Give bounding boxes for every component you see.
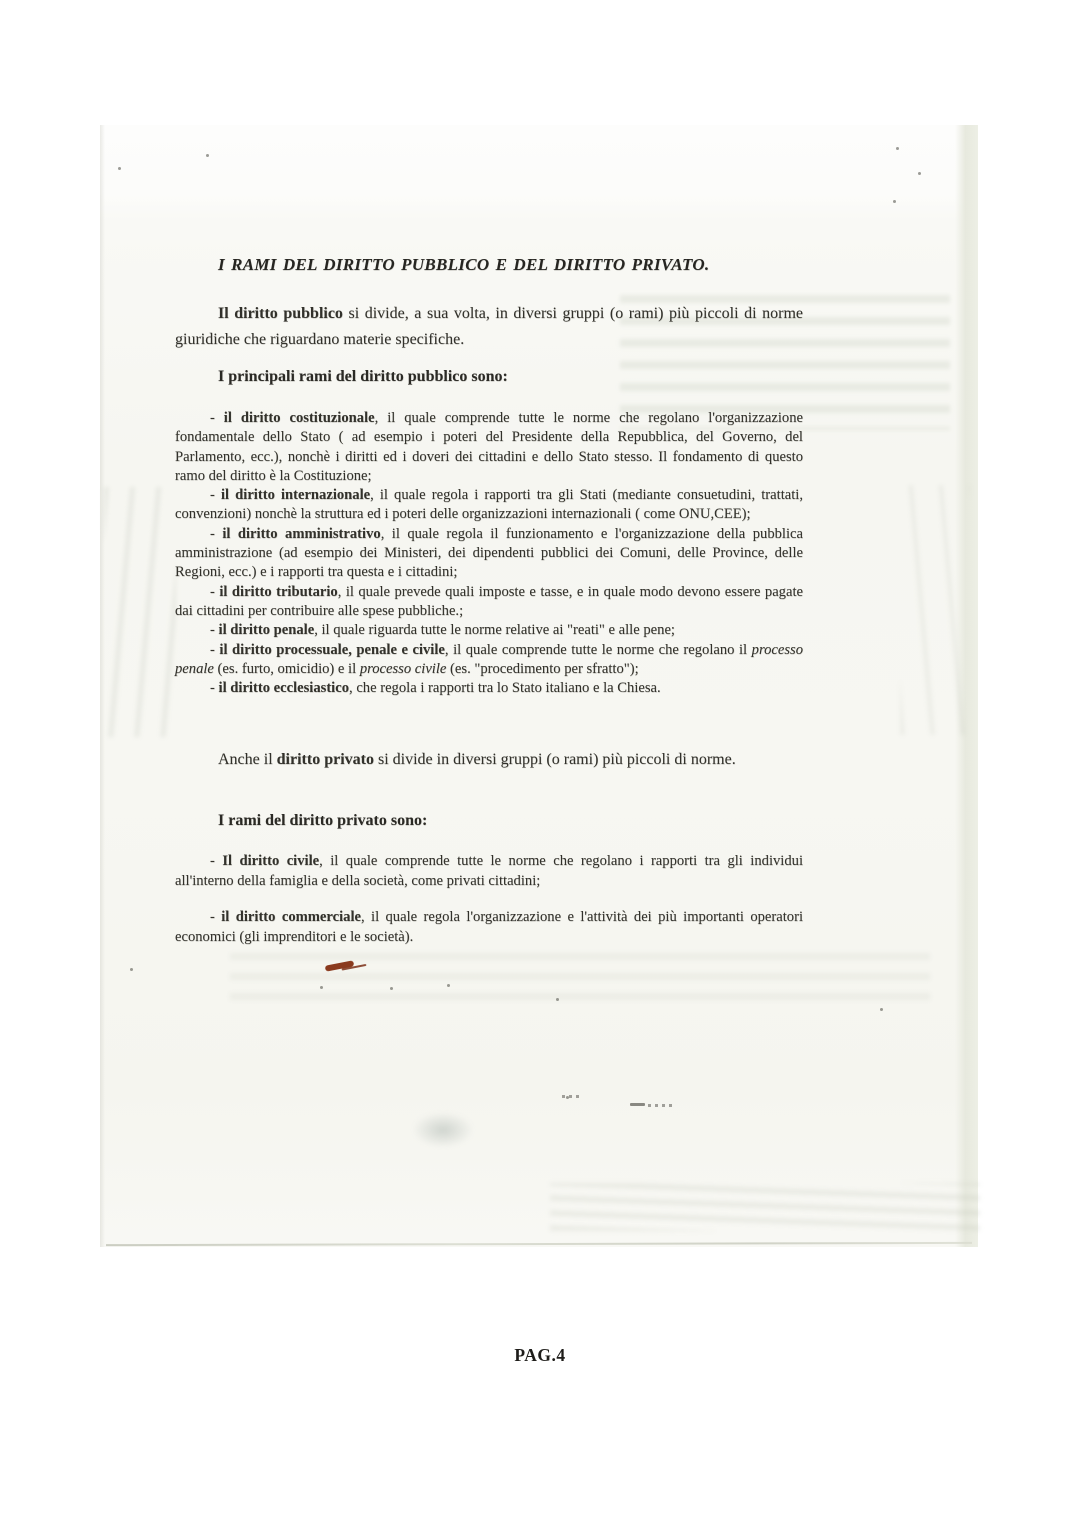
branch-ecclesiastico-run: , che regola i rapporti tra lo Stato ita… [349,680,661,696]
doc-intro_private-run: Anche il [218,751,277,768]
page-number: PAG.4 [0,1345,1080,1366]
branch-amministrativo-run: - [210,526,222,542]
branch-penale-run: il diritto penale [219,622,315,638]
branch-tributario: - il diritto tributario, il quale preved… [175,583,803,622]
scan-speck [880,1008,883,1011]
branch-costituzionale-run: - [210,410,224,426]
doc-title: I RAMI DEL DIRITTO PUBBLICO E DEL DIRITT… [175,255,803,275]
doc-intro_private-run: diritto privato [277,751,374,768]
branch-internazionale-run: il diritto internazionale [221,487,370,503]
branch-amministrativo-run: il diritto amministrativo [222,526,380,542]
margin-pencil-smudge [104,487,176,737]
branch-amministrativo: - il diritto amministrativo, il quale re… [175,525,803,583]
scan-right-edge-shading [955,125,978,1247]
branch-ecclesiastico: - il diritto ecclesiastico, che regola i… [175,679,803,698]
branch-internazionale: - il diritto internazionale, il quale re… [175,486,803,525]
scan-left-edge-shading [100,125,105,1247]
branch-list-public_branches: - il diritto costituzionale, il quale co… [175,409,803,698]
doc-heading_public-run: I principali rami del diritto pubblico s… [218,368,508,385]
branch-tributario-run: - [210,584,219,600]
doc-intro_private-run: si divide in diversi gruppi (o rami) più… [374,751,736,768]
doc-heading_private: I rami del diritto privato sono: [175,812,803,830]
branch-tributario-run: il diritto tributario [219,584,337,600]
branch-commerciale-run: il diritto commerciale [221,909,361,925]
doc-heading_public: I principali rami del diritto pubblico s… [175,368,803,386]
branch-processuale-run: processo civile [360,661,447,677]
branch-penale-run: - [210,622,219,638]
branch-commerciale: - il diritto commerciale, il quale regol… [175,908,803,947]
screenshot-root: I RAMI DEL DIRITTO PUBBLICO E DEL DIRITT… [0,0,1080,1527]
branch-processuale-run: (es. furto, omicidio) e il [214,661,360,677]
branch-costituzionale-run: il diritto costituzionale [224,410,375,426]
branch-costituzionale: - il diritto costituzionale, il quale co… [175,409,803,486]
branch-civile-run: Il diritto civile [222,853,319,869]
doc-heading_private-run: I rami del diritto privato sono: [218,812,427,829]
scan-speck [130,968,133,971]
branch-commerciale-run: - [210,909,221,925]
document-text: I RAMI DEL DIRITTO PUBBLICO E DEL DIRITT… [175,125,803,1247]
branch-processuale-run: il diritto processuale, penale e civile [219,642,445,658]
branch-civile: - Il diritto civile, il quale comprende … [175,852,803,891]
doc-intro_public: Il diritto pubblico si divide, a sua vol… [175,301,803,353]
branch-civile-run: - [210,853,222,869]
doc-intro_private: Anche il diritto privato si divide in di… [175,747,803,773]
branch-penale: - il diritto penale, il quale riguarda t… [175,621,803,640]
branch-internazionale-run: - [210,487,221,503]
doc-title-run: I RAMI DEL DIRITTO PUBBLICO E DEL DIRITT… [218,255,709,274]
branch-ecclesiastico-run: il diritto ecclesiastico [219,680,350,696]
doc-intro_public-run: Il diritto pubblico [218,305,343,322]
branch-ecclesiastico-run: - [210,680,219,696]
scanned-page: I RAMI DEL DIRITTO PUBBLICO E DEL DIRITT… [100,125,978,1247]
branch-penale-run: , il quale riguarda tutte le norme relat… [314,622,675,638]
branch-processuale: - il diritto processuale, penale e civil… [175,641,803,680]
branch-processuale-run: , il quale comprende tutte le norme che … [445,642,752,658]
branch-processuale-run: - [210,642,219,658]
branch-processuale-run: (es. "procedimento per sfratto"); [446,661,638,677]
